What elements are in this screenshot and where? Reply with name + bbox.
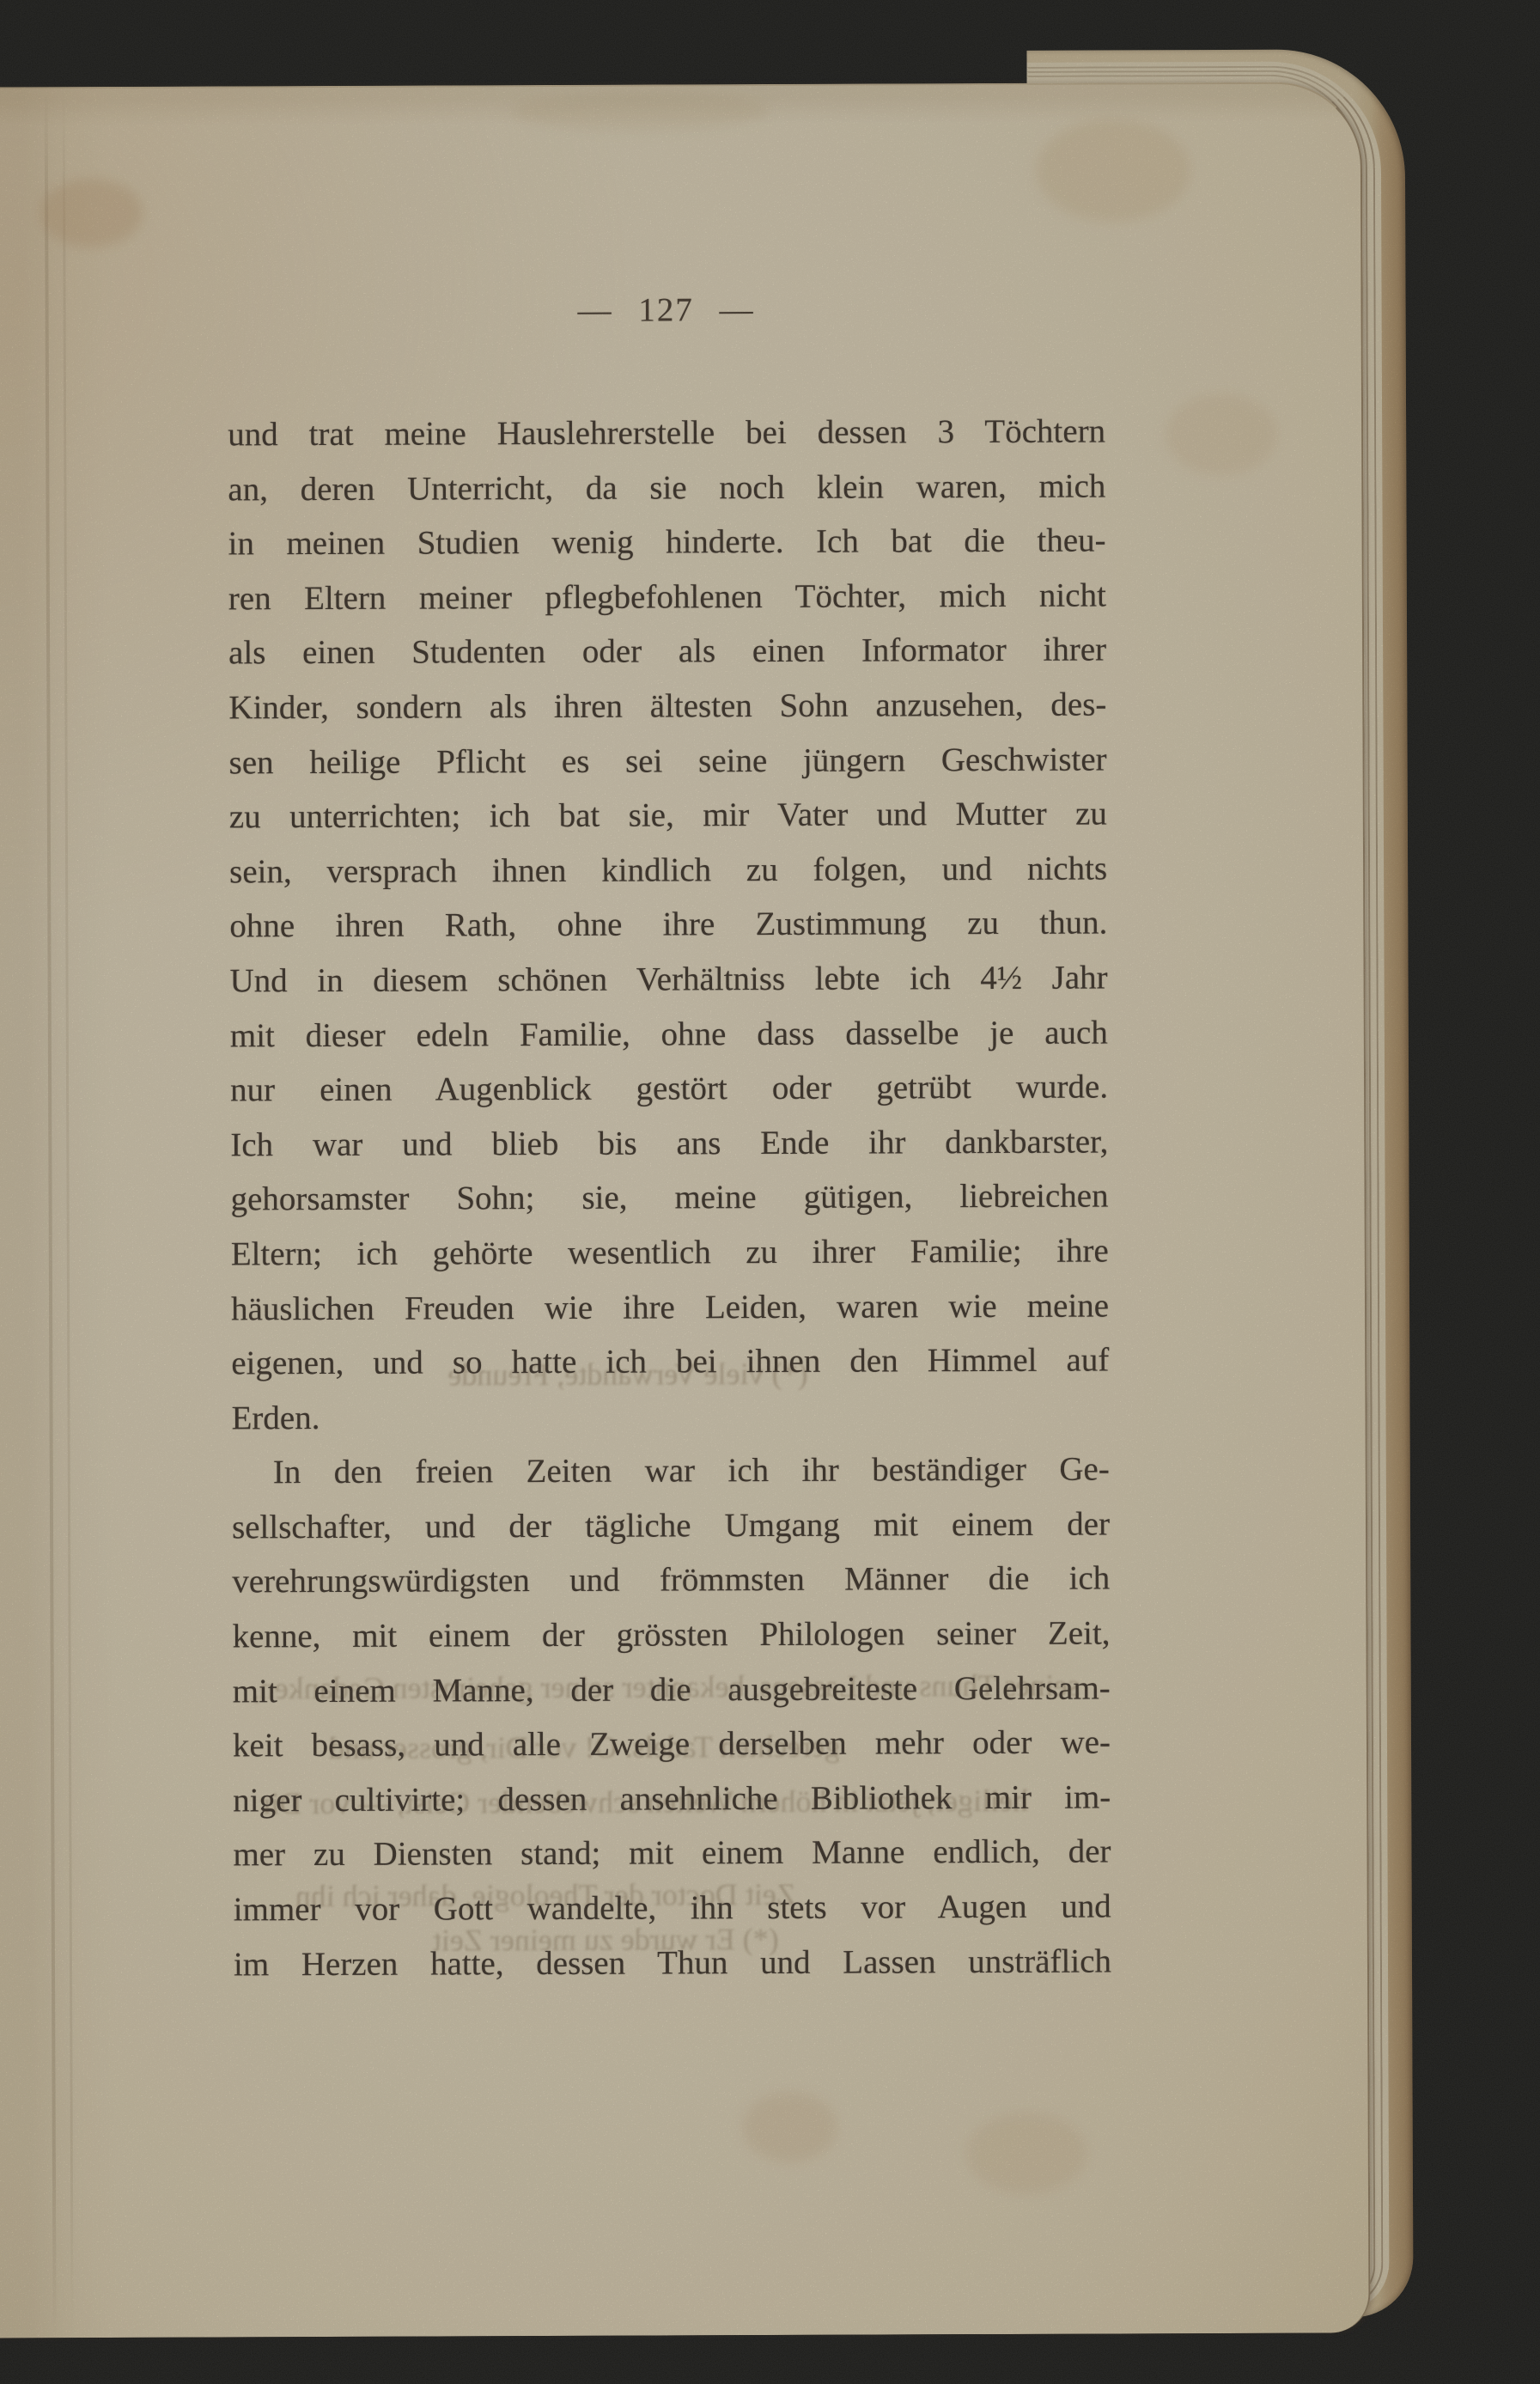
foxing-stain <box>1036 119 1190 223</box>
text-line: Und in diesem schönen Verhältniss lebte … <box>229 950 1107 1009</box>
gutter-crease <box>45 88 57 2338</box>
text-line: kenne, mit einem der grössten Philologen… <box>232 1607 1110 1665</box>
text-line: In den freien Zeiten war ich ihr beständ… <box>232 1442 1110 1501</box>
text-line: Eltern; ich gehörte wesentlich zu ihrer … <box>231 1223 1109 1282</box>
book-block: (*) viele Verwandte, Freunde seines Thun… <box>0 0 1540 2384</box>
text-line: nur einen Augenblick gestört oder getrüb… <box>230 1060 1108 1119</box>
foxing-stain <box>512 91 770 131</box>
text-block: und trat meine Hauslehrerstelle bei dess… <box>228 404 1111 1991</box>
text-line: mer zu Diensten stand; mit einem Manne e… <box>233 1825 1111 1883</box>
text-line: ren Eltern meiner pflegbefohlenen Töchte… <box>228 568 1106 626</box>
page-number: — 127 — <box>228 289 1105 347</box>
text-line: ohne ihren Rath, ohne ihre Zustimmung zu… <box>229 896 1107 954</box>
text-line: mit dieser edeln Familie, ohne dass dass… <box>230 1005 1108 1064</box>
text-line: als einen Studenten oder als einen Infor… <box>228 623 1106 681</box>
book-scan: (*) viele Verwandte, Freunde seines Thun… <box>0 0 1540 2384</box>
text-line: Kinder, sondern als ihren ältesten Sohn … <box>228 677 1106 735</box>
text-line: sellschafter, und der tägliche Umgang mi… <box>232 1497 1110 1555</box>
text-line: häuslichen Freuden wie ihre Leiden, ware… <box>231 1278 1109 1337</box>
foxing-stain <box>1166 393 1277 475</box>
text-line: mit einem Manne, der die ausgebreiteste … <box>233 1661 1111 1719</box>
gutter-crease <box>63 88 74 2338</box>
text-line: niger cultivirte; dessen ansehnliche Bib… <box>233 1770 1111 1828</box>
text-line: Erden. <box>231 1387 1109 1446</box>
foxing-stain <box>743 2092 837 2162</box>
text-line: immer vor Gott wandelte, ihn stets vor A… <box>234 1880 1111 1938</box>
text-line: in meinen Studien wenig hinderte. Ich ba… <box>228 514 1106 572</box>
text-line: sein, versprach ihnen kindlich zu folgen… <box>229 841 1107 899</box>
text-line: eigenen, und so hatte ich bei ihnen den … <box>231 1333 1109 1392</box>
text-line: gehorsamster Sohn; sie, meine gütigen, l… <box>230 1169 1108 1228</box>
text-line: verehrungswürdigsten und frömmsten Männe… <box>232 1552 1110 1610</box>
text-line: keit besass, und alle Zweige derselben m… <box>233 1716 1111 1774</box>
text-line: Ich war und blieb bis ans Ende ihr dankb… <box>230 1114 1108 1173</box>
text-line: sen heilige Pflicht es sei seine jüngern… <box>228 732 1106 790</box>
text-line: zu unterrichten; ich bat sie, mir Vater … <box>229 787 1107 845</box>
book-page: (*) viele Verwandte, Freunde seines Thun… <box>0 82 1371 2338</box>
text-line: im Herzen hatte, dessen Thun und Lassen … <box>234 1934 1111 1992</box>
foxing-stain <box>40 179 143 247</box>
text-line: und trat meine Hauslehrerstelle bei dess… <box>228 404 1105 462</box>
foxing-stain <box>966 2113 1087 2195</box>
text-line: an, deren Unterricht, da sie noch klein … <box>228 459 1105 517</box>
